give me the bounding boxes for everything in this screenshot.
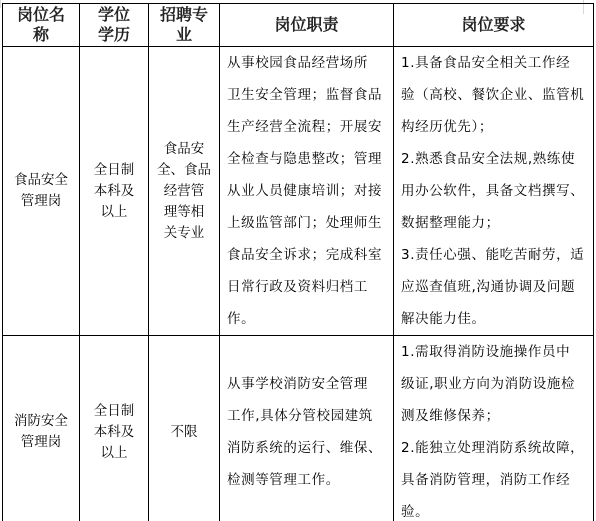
table-row: 消防安全 管理岗 全日制 本科及 以上 不限 从事学校消防安全管理 工作,具体分… (3, 336, 594, 521)
cell-text: 全、食品 (149, 160, 219, 181)
cell-major: 食品安 全、食品 经营管 理等相 关专业 (149, 47, 220, 336)
cell-text: 具备消防管理，消防工作经 (401, 464, 589, 496)
cell-text: 不限 (149, 422, 219, 443)
cell-text: 食品安全诉求；完成科室 (227, 239, 389, 271)
cell-text: 验（高校、餐饮企业、监管机 (401, 79, 589, 111)
cell-position: 消防安全 管理岗 (3, 336, 80, 521)
cell-text: 生产经营全流程；开展安 (227, 111, 389, 143)
cell-text: 从事校园食品经营场所 (227, 47, 389, 79)
header-text: 学历 (80, 25, 148, 45)
cell-major: 不限 (149, 336, 220, 521)
cell-text: 3.责任心强、能吃苦耐劳，适 (401, 239, 589, 271)
cell-text: 食品安 (149, 139, 219, 160)
cell-text: 1.需取得消防设施操作员中 (401, 336, 589, 368)
cell-text: 从业人员健康培训；对接 (227, 175, 389, 207)
cell-text: 理等相 (149, 202, 219, 223)
cell-text: 2.能独立处理消防系统故障， (401, 432, 589, 464)
header-education: 学位 学历 (80, 4, 149, 47)
cell-text: 构经历优先）； (401, 111, 589, 143)
cell-text: 作。 (227, 303, 389, 335)
cell-text: 上级监管部门；处理师生 (227, 207, 389, 239)
cell-text: 全日制 (80, 160, 148, 181)
header-major: 招聘专 业 (149, 4, 220, 47)
header-position-name: 岗位名 称 (3, 4, 80, 47)
decorative-divider (0, 0, 1, 8)
cell-text: 级证,职业方向为消防设施检 (401, 368, 589, 400)
cell-text: 本科及 (80, 422, 148, 443)
header-text: 岗位要求 (461, 15, 525, 34)
cell-text: 用办公软件，具备文档撰写、 (401, 175, 589, 207)
header-text: 学位 (80, 5, 148, 25)
cell-text: 管理岗 (3, 191, 79, 212)
cell-text: 解决能力佳。 (401, 303, 589, 335)
cell-text: 日常行政及资料归档工 (227, 271, 389, 303)
header-requirements: 岗位要求 (394, 4, 594, 47)
cell-position: 食品安全 管理岗 (3, 47, 80, 336)
header-text: 业 (149, 25, 219, 45)
cell-text: 以上 (80, 443, 148, 464)
cell-text: 从事学校消防安全管理 (227, 368, 389, 400)
cell-requirements: 1.需取得消防设施操作员中 级证,职业方向为消防设施检 测及维修保养； 2.能独… (394, 336, 594, 521)
cell-text: 食品安全 (3, 170, 79, 191)
cell-text: 检测等管理工作。 (227, 464, 389, 496)
cell-text: 验。 (401, 496, 589, 521)
job-requirements-table: 岗位名 称 学位 学历 招聘专 业 岗位职责 岗位要求 食品安全 管理岗 (2, 3, 594, 521)
cell-text: 全日制 (80, 401, 148, 422)
cell-text: 消防安全 (3, 411, 79, 432)
cell-education: 全日制 本科及 以上 (80, 336, 149, 521)
cell-text: 管理岗 (3, 432, 79, 453)
cell-text: 本科及 (80, 181, 148, 202)
cell-duties: 从事学校消防安全管理 工作,具体分管校园建筑 消防系统的运行、维保、 检测等管理… (220, 336, 394, 521)
cell-text: 1.具备食品安全相关工作经 (401, 47, 589, 79)
cell-text: 全检查与隐患整改；管理 (227, 143, 389, 175)
cell-requirements: 1.具备食品安全相关工作经 验（高校、餐饮企业、监管机 构经历优先）； 2.熟悉… (394, 47, 594, 336)
header-text: 称 (3, 25, 79, 45)
cell-duties: 从事校园食品经营场所 卫生安全管理；监督食品 生产经营全流程；开展安 全检查与隐… (220, 47, 394, 336)
cell-text: 卫生安全管理；监督食品 (227, 79, 389, 111)
cell-text: 测及维修保养； (401, 400, 589, 432)
cell-text: 消防系统的运行、维保、 (227, 432, 389, 464)
cell-text: 关专业 (149, 223, 219, 244)
cell-text: 2.熟悉食品安全法规,熟练使 (401, 143, 589, 175)
header-text: 招聘专 (149, 5, 219, 25)
header-duties: 岗位职责 (220, 4, 394, 47)
header-text: 岗位职责 (274, 15, 338, 34)
header-text: 岗位名 (3, 5, 79, 25)
cell-text: 经营管 (149, 181, 219, 202)
cell-text: 以上 (80, 202, 148, 223)
table-header-row: 岗位名 称 学位 学历 招聘专 业 岗位职责 岗位要求 (3, 4, 594, 47)
cell-text: 工作,具体分管校园建筑 (227, 400, 389, 432)
cell-text: 数据整理能力； (401, 207, 589, 239)
cell-education: 全日制 本科及 以上 (80, 47, 149, 336)
cell-text: 应巡查值班,沟通协调及问题 (401, 271, 589, 303)
table-row: 食品安全 管理岗 全日制 本科及 以上 食品安 全、食品 经营管 理等相 关专业… (3, 47, 594, 336)
